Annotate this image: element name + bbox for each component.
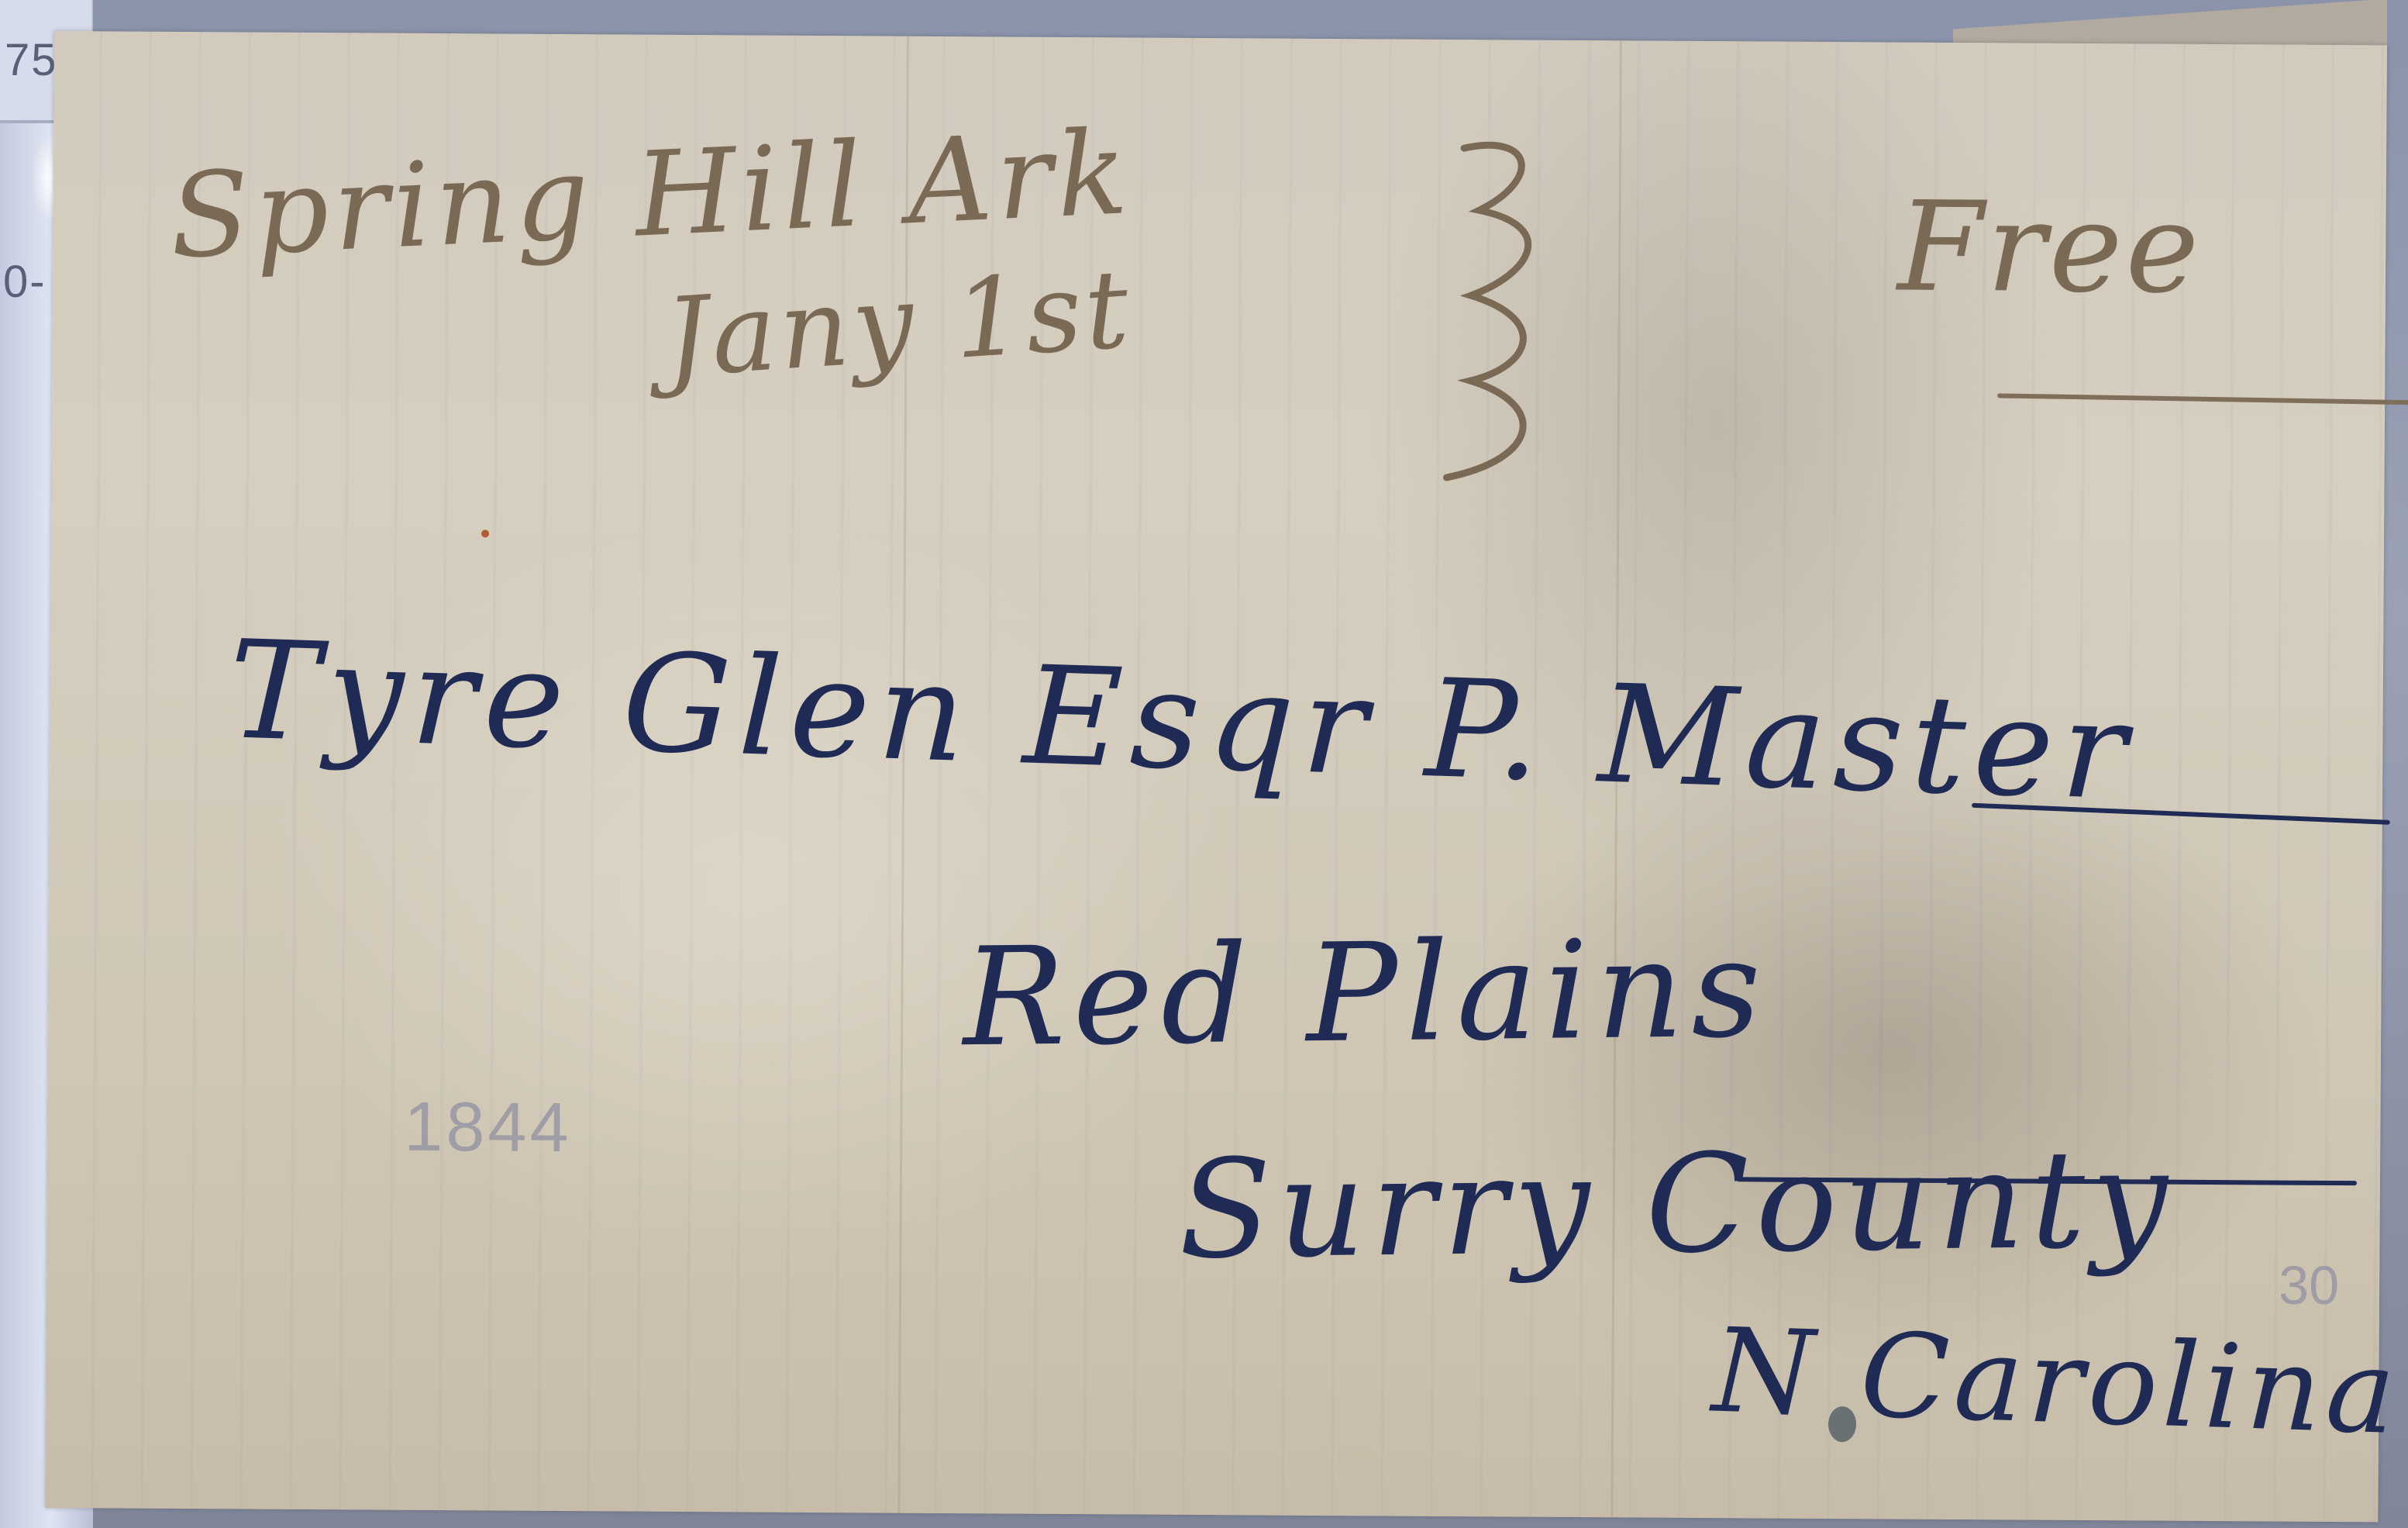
free-frank: Free <box>1897 174 2203 321</box>
sleeve-label-top: 75 <box>5 34 58 86</box>
address-county: Surry County <box>1178 1121 2175 1290</box>
free-underline <box>1997 393 2408 405</box>
address-state: N Carolina <box>1710 1304 2402 1461</box>
ink-blot <box>1828 1406 1856 1442</box>
pencil-rate-note: 30 <box>2279 1254 2339 1316</box>
red-speck <box>481 529 489 537</box>
postmark-date: Jany 1st <box>661 247 1135 402</box>
address-recipient: Tyre Glen Esqr P. Master <box>226 612 2137 830</box>
photo-scene: 75 0- Spring Hill Ark Jany 1st Free Tyre… <box>0 0 2408 1528</box>
sleeve-label-mid: 0- <box>3 256 47 308</box>
pencil-year-note: 1844 <box>404 1088 572 1168</box>
brace-flourish-icon <box>1415 125 1573 498</box>
envelope-cover: Spring Hill Ark Jany 1st Free Tyre Glen … <box>45 31 2387 1522</box>
address-town: Red Plains <box>962 910 1769 1077</box>
